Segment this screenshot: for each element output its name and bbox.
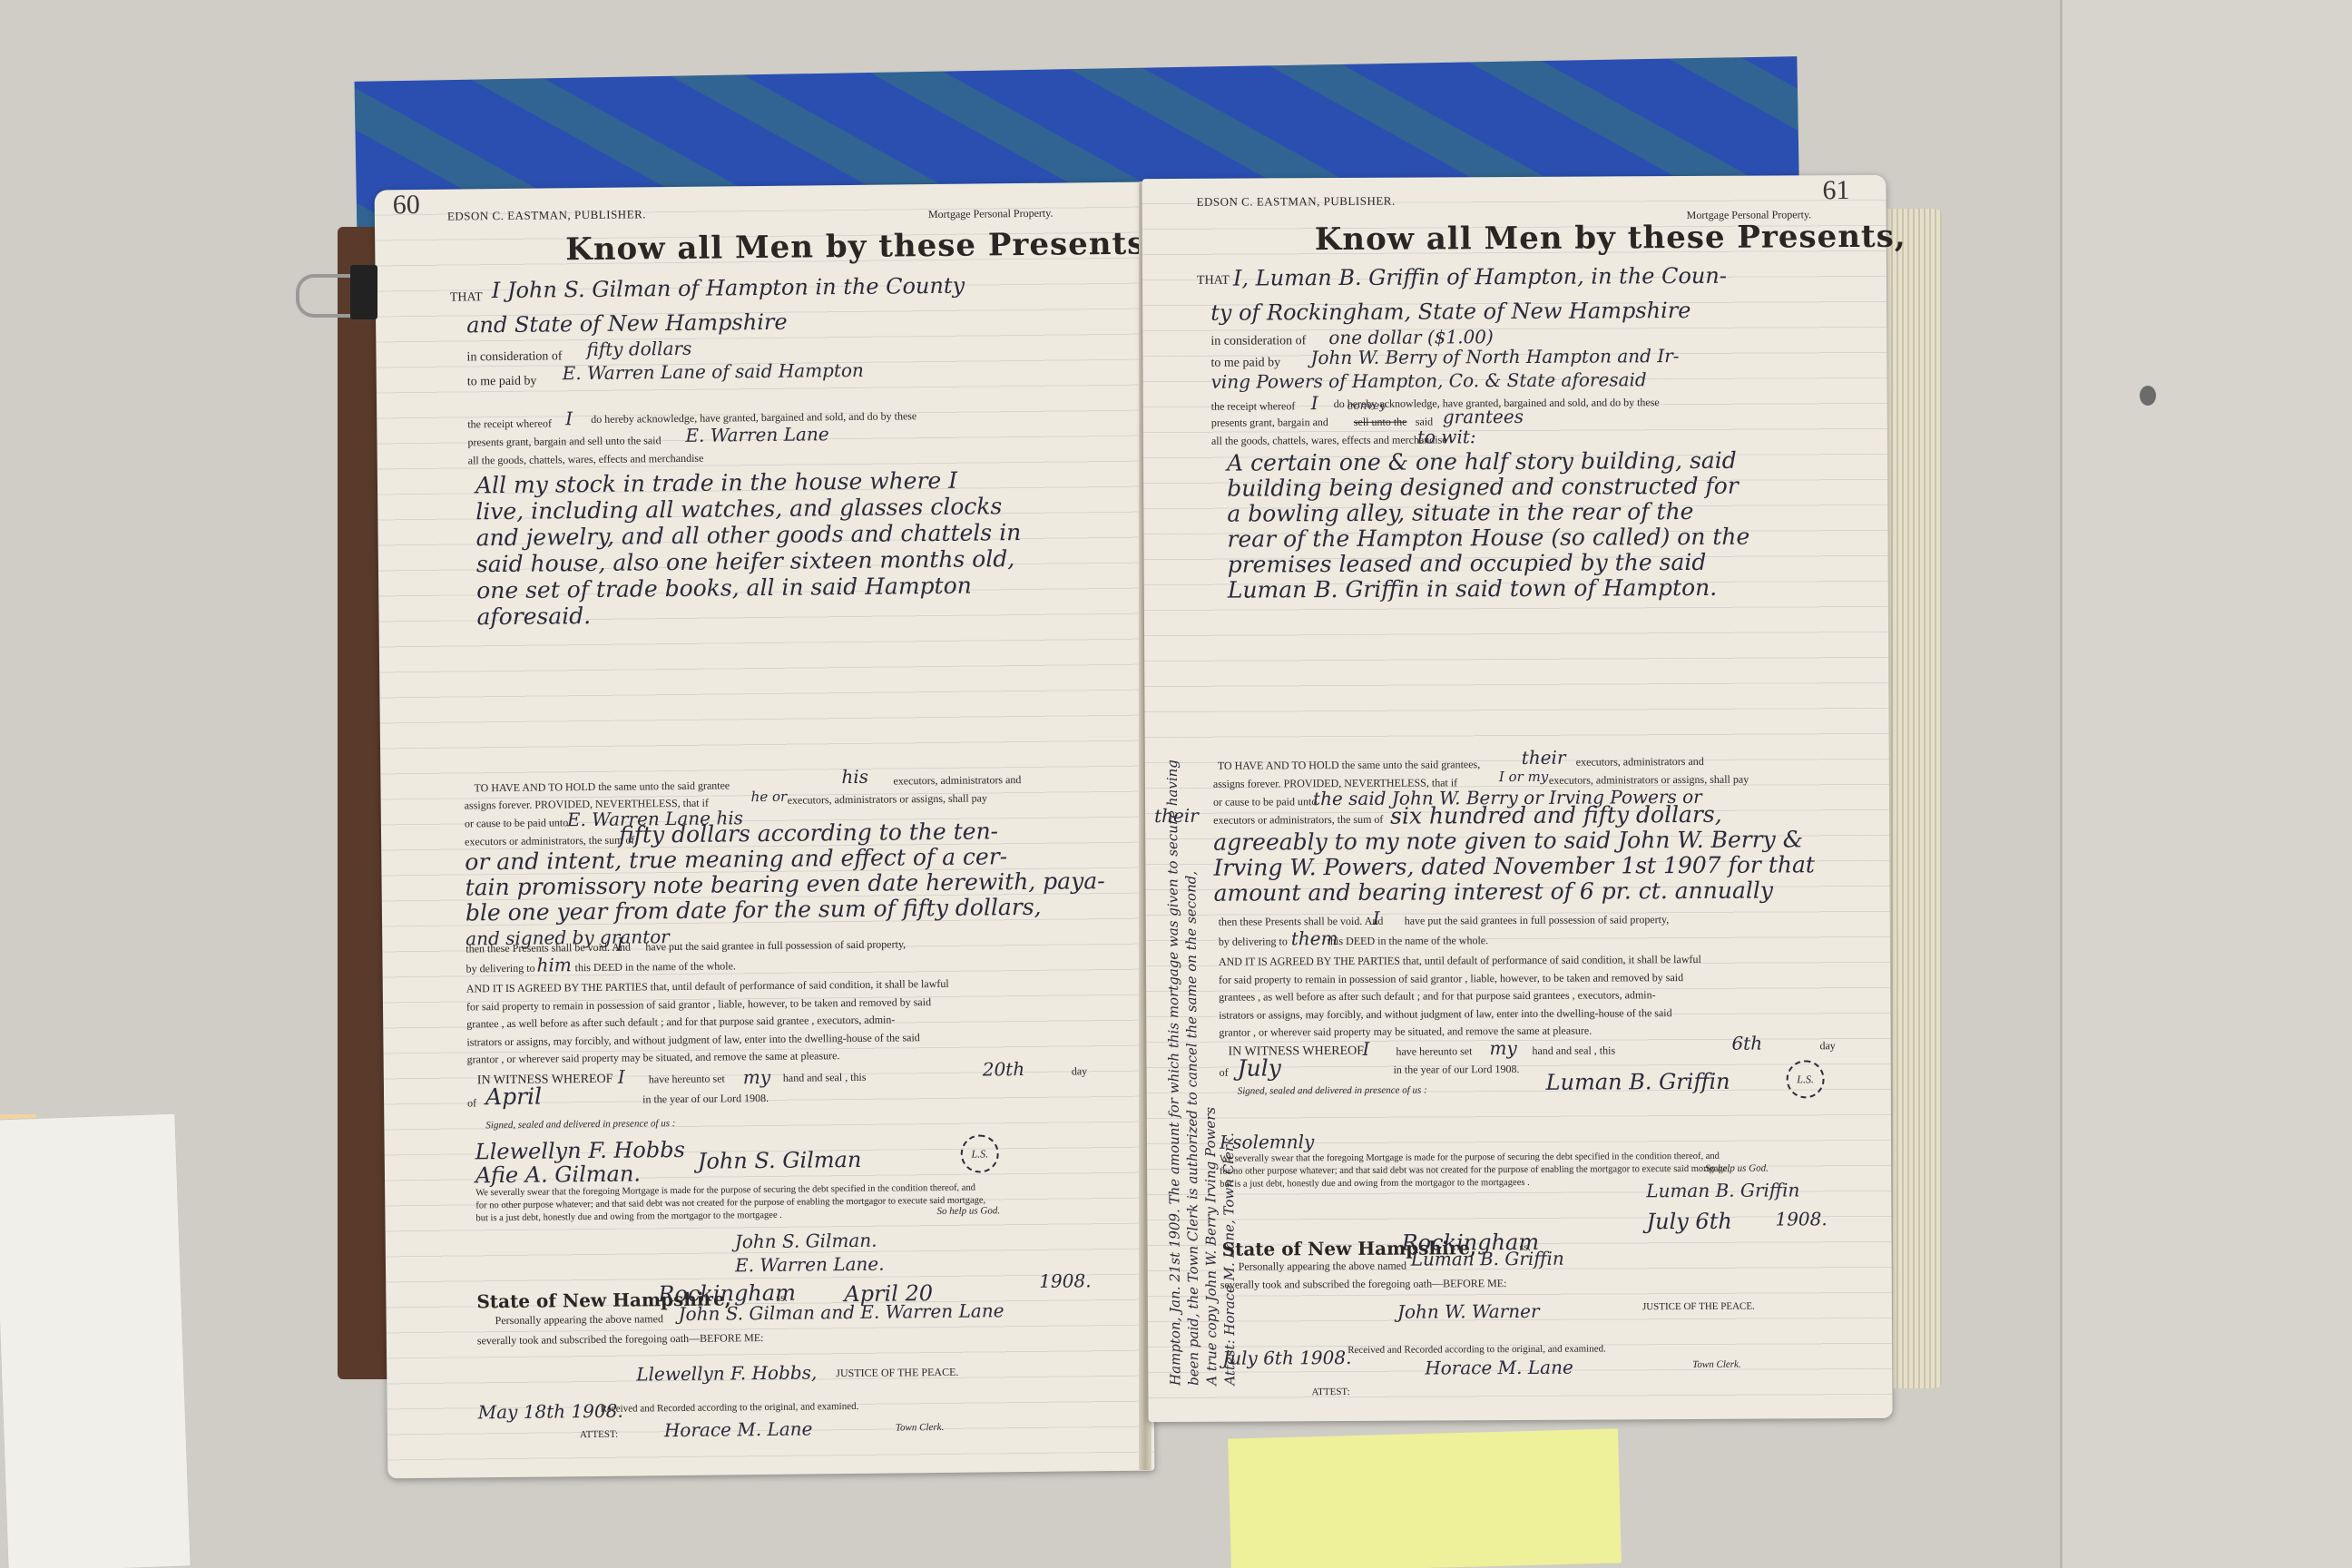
witness-end: hand and seal , this bbox=[1532, 1044, 1615, 1057]
seal-icon: L.S. bbox=[961, 1134, 999, 1172]
habendum-line-end: executors, administrators or assigns, sh… bbox=[788, 791, 987, 807]
presents-label: presents grant, bargain and bbox=[1211, 416, 1328, 430]
loose-paper-sheet bbox=[0, 1113, 191, 1568]
grantor-line: I, Luman B. Griffin of Hampton, in the C… bbox=[1233, 263, 1727, 291]
binder-clip-body bbox=[350, 265, 377, 319]
grantor-line: and State of New Hampshire bbox=[466, 309, 788, 338]
paid-by-value: ving Powers of Hampton, Co. & State afor… bbox=[1211, 368, 1647, 393]
day-label: day bbox=[1819, 1039, 1835, 1053]
receipt-label: the receipt whereof bbox=[1211, 399, 1296, 413]
grantor-signature: John S. Gilman bbox=[698, 1147, 862, 1174]
publisher-label: EDSON C. EASTMAN, PUBLISHER. bbox=[447, 207, 646, 223]
town-clerk-label: Town Clerk. bbox=[896, 1422, 945, 1434]
so-help-label: So help us God. bbox=[1705, 1163, 1769, 1174]
witness-month: July bbox=[1237, 1054, 1280, 1081]
grantor-signature: Luman B. Griffin bbox=[1546, 1069, 1730, 1095]
delivering-end: this DEED in the name of the whole. bbox=[574, 959, 735, 975]
paid-by-value: John W. Berry of North Hampton and Ir- bbox=[1310, 345, 1679, 368]
year-label: in the year of our Lord 1908. bbox=[642, 1092, 769, 1106]
subscribed-label: severally took and subscribed the forego… bbox=[1220, 1277, 1507, 1292]
wall-pin bbox=[2140, 386, 2156, 406]
condition-text: six hundred and fifty dollars, agreeably… bbox=[1213, 801, 1815, 906]
witness-end: hand and seal , this bbox=[783, 1071, 867, 1085]
margin-discharge-note: Hampton, Jan. 21st 1909. The amount for … bbox=[1163, 759, 1240, 1386]
presents-label: presents grant, bargain and sell unto th… bbox=[467, 434, 661, 449]
appearing-label: Personally appearing the above named bbox=[495, 1312, 663, 1328]
habendum-line: TO HAVE AND TO HOLD the same unto the sa… bbox=[474, 779, 730, 795]
publisher-label: EDSON C. EASTMAN, PUBLISHER. bbox=[1197, 194, 1396, 210]
right-page: 61 EDSON C. EASTMAN, PUBLISHER. Mortgage… bbox=[1142, 175, 1892, 1422]
attest-label: ATTEST: bbox=[1311, 1387, 1349, 1397]
void-hand: I bbox=[616, 934, 623, 955]
presents-struck: sell unto the bbox=[1354, 416, 1407, 429]
consideration-label: in consideration of bbox=[1210, 334, 1306, 349]
seal-icon: L.S. bbox=[1787, 1060, 1825, 1098]
habendum-line-end: executors, administrators and bbox=[893, 773, 1021, 788]
grantor-line: I John S. Gilman of Hampton in the Count… bbox=[492, 273, 965, 303]
receipt-label: the receipt whereof bbox=[467, 416, 552, 431]
witness-day: 6th bbox=[1731, 1033, 1762, 1054]
recorded-date: July 6th 1908. bbox=[1222, 1347, 1351, 1369]
witness-my: my bbox=[743, 1066, 771, 1088]
witness-mid: have hereunto set bbox=[649, 1072, 725, 1086]
witness-month: April bbox=[485, 1083, 542, 1111]
justice-label: JUSTICE OF THE PEACE. bbox=[836, 1366, 958, 1380]
consideration-value: fifty dollars bbox=[586, 338, 691, 360]
justice-signature: Llewellyn F. Hobbs, bbox=[636, 1361, 817, 1385]
recorded-label: Received and Recorded according to the o… bbox=[1347, 1343, 1606, 1355]
agreement-clause: AND IT IS AGREED BY THE PARTIES that, un… bbox=[466, 975, 950, 1069]
oath-signatures: John S. Gilman. E. Warren Lane. bbox=[735, 1229, 885, 1278]
page-number: 60 bbox=[393, 190, 420, 220]
oath-year: 1908. bbox=[1775, 1208, 1827, 1230]
condition-text: fifty dollars according to the ten- or a… bbox=[465, 818, 1105, 951]
binder-clip bbox=[296, 265, 387, 319]
property-description: All my stock in trade in the house where… bbox=[475, 466, 1022, 630]
town-clerk-label: Town Clerk. bbox=[1692, 1359, 1740, 1370]
void-hand: I bbox=[1373, 907, 1380, 929]
delivering-label: by delivering to bbox=[466, 962, 535, 976]
habendum-hand: he or bbox=[751, 789, 788, 805]
habendum-line: TO HAVE AND TO HOLD the same unto the sa… bbox=[1218, 758, 1480, 773]
witness-hand: I bbox=[1362, 1038, 1369, 1060]
void-line-end: have put the said grantee in full posses… bbox=[645, 937, 906, 954]
of-label: of bbox=[467, 1096, 476, 1110]
binder-clip-handle bbox=[296, 274, 354, 318]
sticky-note-flags bbox=[1228, 1428, 1622, 1568]
left-page: 60 EDSON C. EASTMAN, PUBLISHER. Mortgage… bbox=[375, 182, 1155, 1479]
goods-label: all the goods, chattels, wares, effects … bbox=[468, 452, 704, 468]
page-number: 61 bbox=[1822, 175, 1849, 206]
void-line-end: have put the said grantees in full posse… bbox=[1405, 913, 1670, 928]
appearing-names: Luman B. Griffin bbox=[1411, 1248, 1564, 1270]
grantee-name: E. Warren Lane bbox=[685, 423, 828, 446]
grantor-line: ty of Rockingham, State of New Hampshire bbox=[1210, 298, 1690, 326]
witness-day: 20th bbox=[983, 1058, 1025, 1080]
that-label: THAT bbox=[450, 290, 483, 305]
form-type-label: Mortgage Personal Property. bbox=[928, 207, 1053, 221]
witness-hand: I bbox=[618, 1066, 625, 1088]
justice-label: JUSTICE OF THE PEACE. bbox=[1642, 1301, 1755, 1313]
paid-by-value: E. Warren Lane of said Hampton bbox=[563, 359, 864, 384]
year-label: in the year of our Lord 1908. bbox=[1394, 1063, 1520, 1077]
paid-by-label: to me paid by bbox=[1210, 356, 1280, 370]
attest-label: ATTEST: bbox=[580, 1429, 618, 1440]
witness-my: my bbox=[1489, 1037, 1516, 1059]
that-label: THAT bbox=[1197, 274, 1230, 289]
goods-hand: to wit: bbox=[1417, 426, 1476, 447]
consideration-label: in consideration of bbox=[466, 349, 562, 365]
clerk-signature: Horace M. Lane bbox=[664, 1417, 813, 1441]
delivering-end: this DEED in the name of the whole. bbox=[1328, 934, 1488, 948]
oath-signature: Luman B. Griffin bbox=[1646, 1179, 1799, 1201]
witness-signatures: Llewellyn F. Hobbs Afie A. Gilman. bbox=[475, 1138, 686, 1187]
oath-year: 1908. bbox=[1039, 1269, 1092, 1292]
habendum-hand: I or my bbox=[1499, 769, 1548, 785]
habendum-line-end: executors, administrators and bbox=[1576, 755, 1704, 769]
paid-by-label: to me paid by bbox=[467, 375, 537, 390]
oath-date: July 6th bbox=[1646, 1209, 1731, 1234]
clerk-signature: Horace M. Lane bbox=[1425, 1357, 1573, 1379]
witness-mid: have hereunto set bbox=[1396, 1044, 1472, 1058]
goods-label: all the goods, chattels, wares, effects … bbox=[1211, 433, 1447, 447]
justice-signature: John W. Warner bbox=[1397, 1300, 1540, 1323]
oath-text: We severally swear that the foregoing Mo… bbox=[475, 1181, 985, 1225]
agreement-clause: AND IT IS AGREED BY THE PARTIES that, un… bbox=[1219, 951, 1701, 1042]
habendum-hand: their bbox=[1522, 747, 1566, 769]
document-title: Know all Men by these Presents, bbox=[1315, 219, 1906, 258]
property-description: A certain one & one half story building,… bbox=[1227, 448, 1750, 603]
so-help-label: So help us God. bbox=[936, 1205, 1000, 1217]
appearing-names: John S. Gilman and E. Warren Lane bbox=[678, 1299, 1004, 1325]
signed-label: Signed, sealed and delivered in presence… bbox=[1238, 1085, 1427, 1097]
presents-insert: convey bbox=[1347, 399, 1386, 412]
background-wall-panel bbox=[2060, 0, 2352, 1568]
page-edges bbox=[1887, 209, 1942, 1388]
appearing-label: Personally appearing the above named bbox=[1239, 1259, 1406, 1274]
day-label: day bbox=[1072, 1064, 1087, 1078]
habendum-hand: his bbox=[841, 766, 868, 788]
receipt-value: I bbox=[565, 407, 573, 429]
delivering-hand: him bbox=[536, 954, 571, 975]
document-title: Know all Men by these Presents, bbox=[565, 225, 1157, 268]
signed-label: Signed, sealed and delivered in presence… bbox=[485, 1118, 675, 1131]
receipt-value: I bbox=[1311, 392, 1318, 414]
grantee-name: grantees bbox=[1443, 406, 1524, 427]
